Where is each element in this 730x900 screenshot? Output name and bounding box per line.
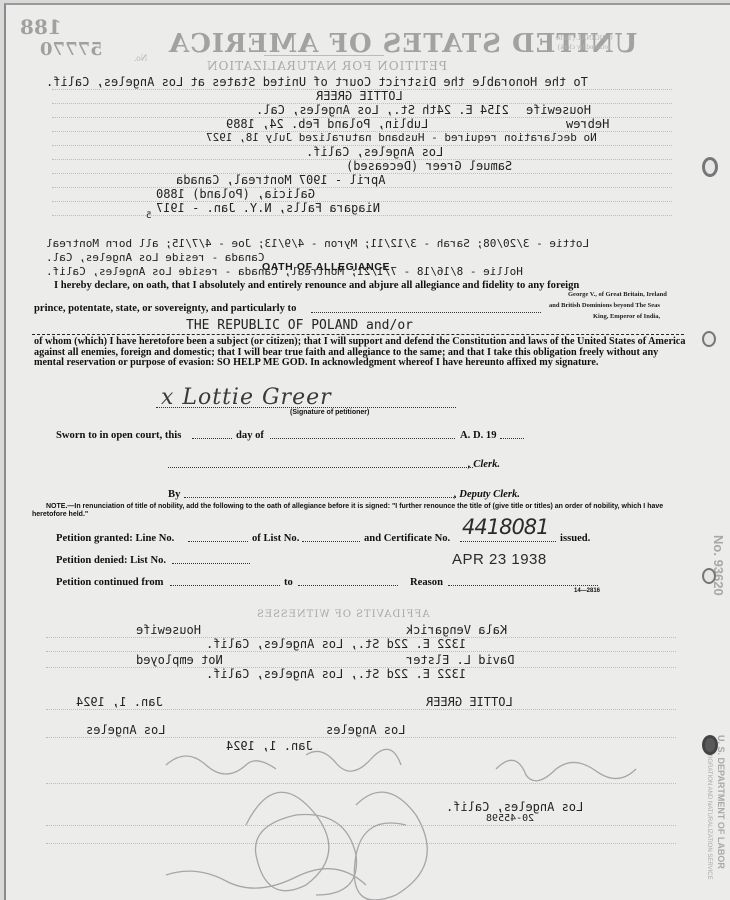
original-note: ORIGINAL (To be retained by clerk) <box>554 33 614 51</box>
form-number: 14—2816 <box>574 588 600 594</box>
bleed-children-2: Canada - reside Los Angeles, Cal. <box>46 251 265 264</box>
continued-label: Petition continued from <box>56 577 164 588</box>
bleed-rule <box>52 215 672 216</box>
sovereignty-dotted-line <box>311 303 541 313</box>
denied-label: Petition denied: List No. <box>56 555 166 566</box>
bleed-side-text-1: U. S. DEPARTMENT OF LABOR <box>716 735 726 869</box>
signature-line <box>156 407 456 408</box>
title-rule <box>264 55 384 56</box>
oath-side-note-3: King, Emperor of India, <box>593 313 660 320</box>
petition-no-label: No. <box>134 53 147 63</box>
nobility-note: NOTE.—In renunciation of title of nobili… <box>32 503 672 519</box>
punch-hole <box>702 331 716 347</box>
bleed-race: Hebrew <box>566 117 609 131</box>
bleed-declaration: No declaration required - Husband natura… <box>206 131 597 144</box>
bleed-signatures <box>156 745 716 900</box>
oath-side-note-1: George V., of Great Britain, Ireland <box>568 291 667 298</box>
bleed-side-number: No. 93620 <box>711 535 726 596</box>
bleed-husband: Samuel Greer (Deceased) <box>346 159 512 173</box>
bleed-court-line: To the Honorable the District Court of U… <box>46 75 588 89</box>
sworn-day-field[interactable] <box>192 429 232 439</box>
sworn-day-of-label: day of <box>236 430 264 441</box>
by-label: By <box>168 489 180 500</box>
bleed-entry: Niagara Falls, N.Y. Jan. - 1917 <box>156 201 380 215</box>
oath-line-2: prince, potentate, state, or sovereignty… <box>34 303 296 314</box>
bleed-county-2: Los Angeles <box>326 723 405 737</box>
bleed-residence: 2154 E. 24th St., Los Angeles, Cal. <box>256 103 509 117</box>
bleed-witness-1-residence: 1322 E. 22d St., Los Angeles, Calif. <box>206 637 466 651</box>
granted-issued-label: issued. <box>560 533 590 544</box>
granted-label: Petition granted: Line No. <box>56 533 174 544</box>
bleed-witness-1-occupation: Housewife <box>136 623 201 637</box>
bleed-petitioner-ref: LOTTIE GREER <box>426 695 513 709</box>
petition-number: 57770 <box>40 39 103 60</box>
granted-list-label: of List No. <box>252 533 299 544</box>
granted-certificate-label: and Certificate No. <box>364 533 450 544</box>
document-subtitle: PETITION FOR NATURALIZATION <box>206 59 447 73</box>
continued-to-field[interactable] <box>298 576 398 586</box>
sworn-month-field[interactable] <box>270 429 455 439</box>
bleed-witness-2-name: David L. Elster <box>406 653 514 667</box>
sworn-year-label: A. D. 19 <box>460 430 497 441</box>
bleed-rule <box>46 651 676 652</box>
oath-rule <box>32 334 684 335</box>
bleed-children-1: Lottie - 3/20/08; Sarah - 3/12/11; Myron… <box>46 237 589 250</box>
sworn-year-field[interactable] <box>500 429 524 439</box>
continued-from-field[interactable] <box>170 576 280 586</box>
bleed-birth: Lublin, Poland Feb. 24, 1889 <box>226 117 428 131</box>
bleed-petitioner-name: LOTTIE GREER <box>316 89 403 103</box>
document-page: 188 57770 No. UNITED STATES OF AMERICA P… <box>4 3 730 900</box>
continued-to-label: to <box>284 577 293 588</box>
bleed-occupation: Housewife <box>526 103 591 117</box>
bleed-children-count: 5 <box>146 211 151 221</box>
punch-hole <box>702 735 718 755</box>
bleed-witness-1-name: Kala Vengarick <box>406 623 507 637</box>
bleed-rule <box>52 187 672 188</box>
bleed-husband-birth: Galicia, (Poland) 1880 <box>156 187 315 201</box>
punch-hole <box>702 568 716 584</box>
clerk-field[interactable] <box>168 458 473 468</box>
bleed-side-text-2: IMMIGRATION AND NATURALIZATION SERVICE <box>706 745 712 880</box>
bleed-known-since: Jan. 1, 1924 <box>76 695 163 709</box>
page-number: 188 <box>20 15 62 39</box>
oath-title: OATH OF ALLEGIANCE <box>262 261 390 273</box>
certificate-number: 4418081 <box>462 515 549 539</box>
deputy-clerk-field[interactable] <box>184 488 456 498</box>
side-no-label: No. <box>711 535 726 556</box>
clerk-label: , Clerk. <box>468 459 500 470</box>
reason-label: Reason <box>410 577 443 588</box>
granted-line-no-field[interactable] <box>188 532 248 542</box>
denied-list-no-field[interactable] <box>172 554 250 564</box>
deputy-clerk-label: , Deputy Clerk. <box>454 489 520 500</box>
bleed-rule <box>46 737 676 738</box>
signature-caption: (Signature of petitioner) <box>290 409 369 416</box>
granted-list-no-field[interactable] <box>302 532 360 542</box>
bleed-court-of: Los Angeles, Calif. <box>306 145 443 159</box>
bleed-witness-2-occupation: Not employed <box>136 653 223 667</box>
punch-hole <box>702 157 718 177</box>
bleed-witness-2-residence: 1322 E. 22d St., Los Angeles, Calif. <box>206 667 466 681</box>
date-stamp: APR 23 1938 <box>452 551 547 568</box>
sovereign-name: THE REPUBLIC OF POLAND and/or <box>186 318 413 333</box>
oath-paragraph: of whom (which) I have heretofore been a… <box>34 337 686 369</box>
oath-side-note-2: and British Dominions beyond The Seas <box>549 302 660 309</box>
bleed-rule <box>46 709 676 710</box>
sworn-label: Sworn to in open court, this <box>56 430 181 441</box>
oath-line-1: I hereby declare, on oath, that I absolu… <box>54 280 579 291</box>
bleed-witnesses-title: AFFIDAVITS OF WITNESSES <box>256 609 430 620</box>
bleed-county: Los Angeles <box>86 723 165 737</box>
bleed-married: April - 1907 Montreal, Canada <box>176 173 386 187</box>
reason-field[interactable] <box>448 576 598 586</box>
